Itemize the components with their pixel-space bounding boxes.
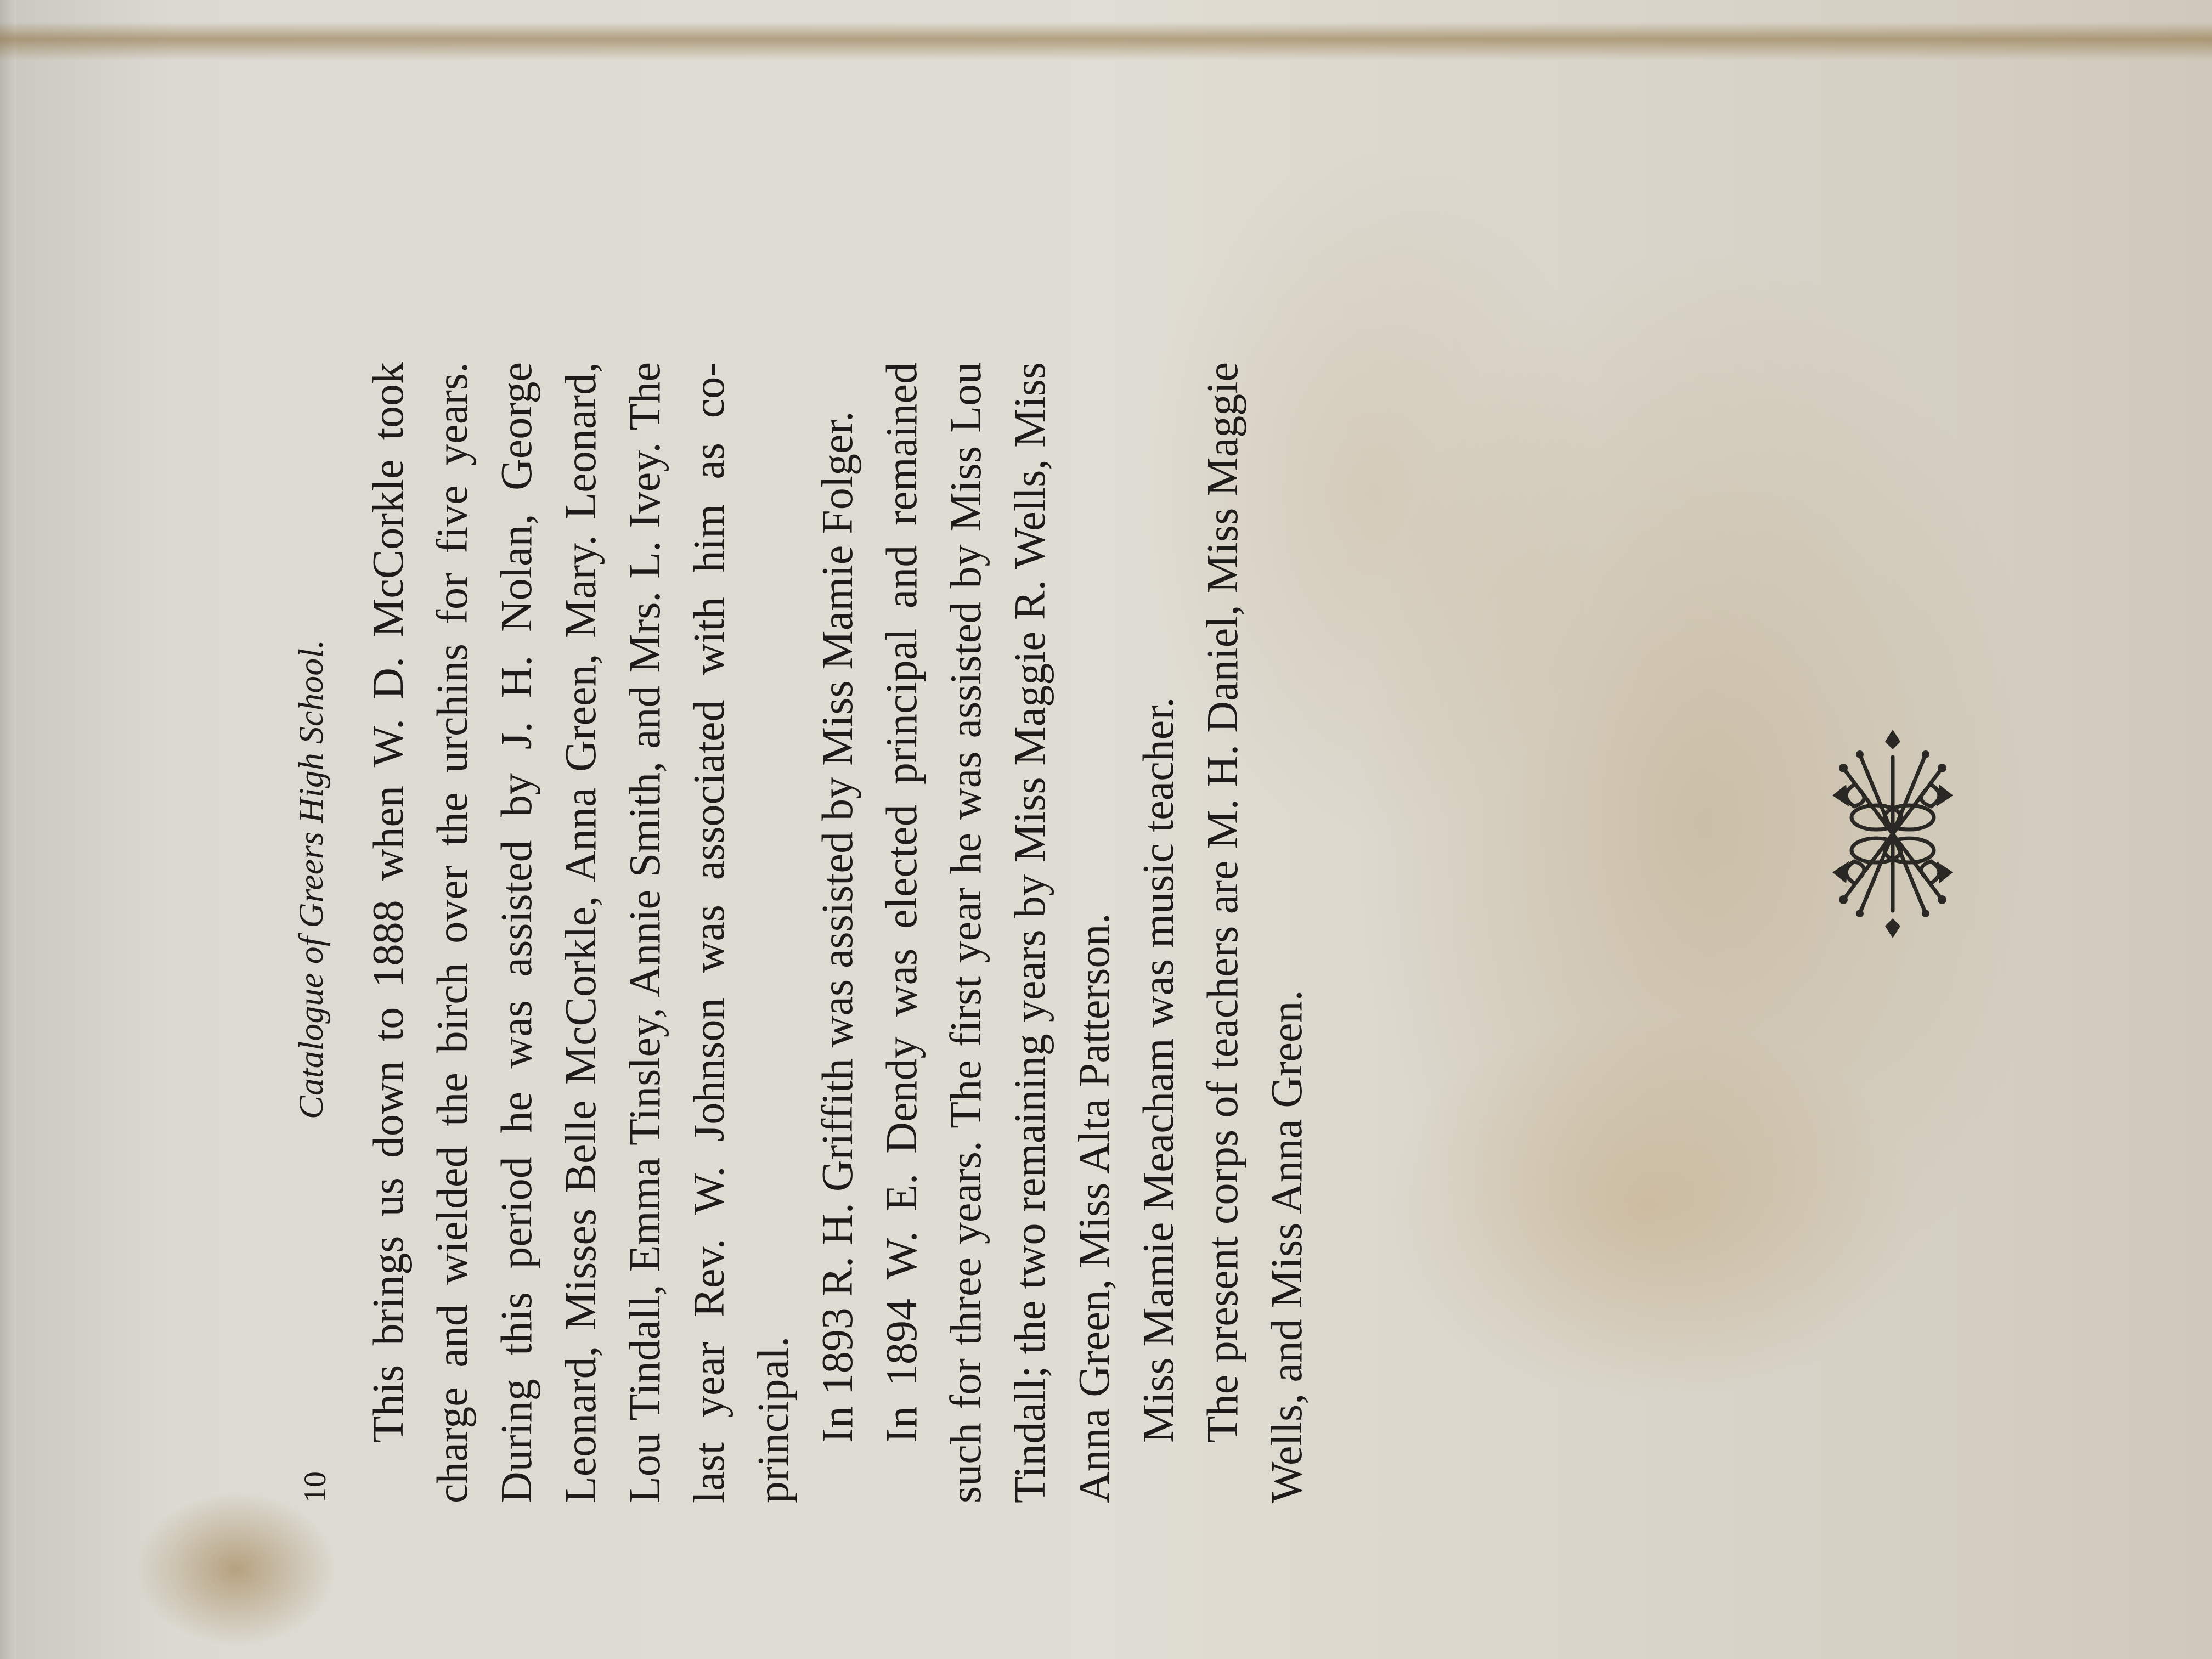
book-page: 10 Catalogue of Greers High School. This… — [285, 110, 1273, 1536]
page-body: This brings us down to 1888 when W. D. M… — [357, 362, 1319, 1503]
running-head: Catalogue of Greers High School. — [291, 640, 331, 1119]
page-header: 10 Catalogue of Greers High School. — [285, 110, 346, 1536]
fleuron-ornament-icon — [1821, 724, 1964, 944]
water-stain — [0, 22, 2212, 60]
paragraph: In 1893 R. H. Griffith was assisted by M… — [806, 362, 870, 1503]
paragraph: The present corps of teachers are M. H. … — [1191, 362, 1319, 1503]
book-edge — [0, 0, 16, 1659]
paragraph: This brings us down to 1888 when W. D. M… — [357, 362, 806, 1503]
paragraph: Miss Mamie Meacham was music teacher. — [1127, 362, 1191, 1503]
page-number: 10 — [296, 1471, 333, 1503]
paragraph: In 1894 W. E. Dendy was elected principa… — [870, 362, 1127, 1503]
